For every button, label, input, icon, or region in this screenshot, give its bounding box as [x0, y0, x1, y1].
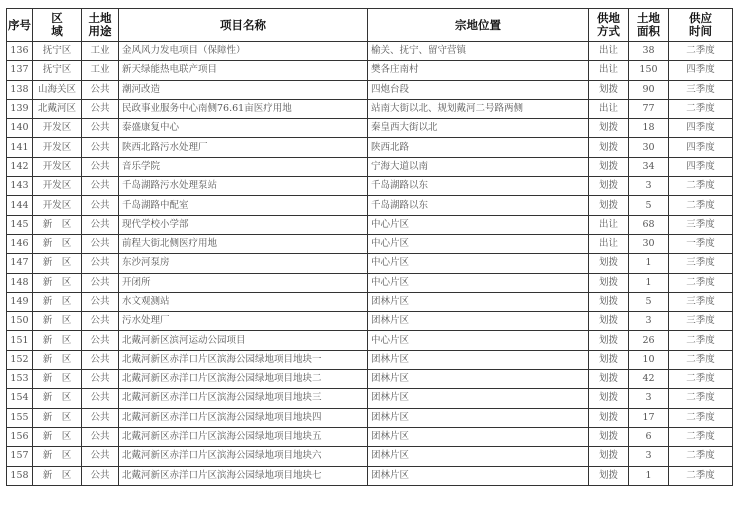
row-supply-method: 划拨: [589, 273, 629, 292]
row-supply-method: 划拨: [589, 312, 629, 331]
row-project-name: 北戴河新区赤洋口片区滨海公园绿地项目地块六: [119, 447, 368, 466]
row-seq: 155: [7, 408, 33, 427]
row-district: 抚宁区: [33, 61, 82, 80]
row-supply-method: 划拨: [589, 408, 629, 427]
row-land-use: 公共: [82, 370, 119, 389]
table-row: 149新 区公共水文观测站团林片区划拨5三季度: [7, 292, 733, 311]
row-supply-method: 出让: [589, 61, 629, 80]
row-supply-time: 三季度: [669, 254, 733, 273]
row-seq: 137: [7, 61, 33, 80]
row-district: 新 区: [33, 273, 82, 292]
row-land-area: 42: [629, 370, 669, 389]
table-row: 156新 区公共北戴河新区赤洋口片区滨海公园绿地项目地块五团林片区划拨6二季度: [7, 427, 733, 446]
row-location: 中心片区: [368, 234, 589, 253]
row-supply-time: 二季度: [669, 466, 733, 485]
row-land-area: 38: [629, 42, 669, 61]
row-supply-method: 出让: [589, 234, 629, 253]
row-seq: 152: [7, 350, 33, 369]
row-land-area: 68: [629, 215, 669, 234]
row-seq: 157: [7, 447, 33, 466]
row-supply-time: 二季度: [669, 408, 733, 427]
row-project-name: 北戴河新区赤洋口片区滨海公园绿地项目地块三: [119, 389, 368, 408]
row-supply-time: 二季度: [669, 196, 733, 215]
row-land-use: 公共: [82, 177, 119, 196]
row-seq: 146: [7, 234, 33, 253]
row-land-use: 公共: [82, 119, 119, 138]
row-project-name: 潮河改造: [119, 80, 368, 99]
row-land-use: 公共: [82, 254, 119, 273]
row-location: 千岛湖路以东: [368, 177, 589, 196]
row-project-name: 民政事业服务中心南侧76.61亩医疗用地: [119, 99, 368, 118]
row-seq: 142: [7, 157, 33, 176]
row-seq: 144: [7, 196, 33, 215]
row-land-area: 90: [629, 80, 669, 99]
row-location: 站南大街以北、规划戴河二号路两侧: [368, 99, 589, 118]
row-land-use: 公共: [82, 138, 119, 157]
table-row: 147新 区公共东沙河泵房中心片区划拨1三季度: [7, 254, 733, 273]
land-supply-table: 序号 区域 土地用途 项目名称 宗地位置 供地方式 土地面积 供应时间 136抚…: [6, 8, 733, 486]
header-project-name: 项目名称: [119, 9, 368, 42]
row-location: 团林片区: [368, 427, 589, 446]
row-supply-time: 三季度: [669, 312, 733, 331]
row-seq: 140: [7, 119, 33, 138]
row-seq: 138: [7, 80, 33, 99]
row-district: 开发区: [33, 196, 82, 215]
row-district: 新 区: [33, 389, 82, 408]
row-supply-time: 二季度: [669, 389, 733, 408]
row-district: 新 区: [33, 350, 82, 369]
row-seq: 153: [7, 370, 33, 389]
row-land-area: 6: [629, 427, 669, 446]
row-land-area: 1: [629, 254, 669, 273]
row-supply-method: 出让: [589, 215, 629, 234]
row-supply-method: 划拨: [589, 177, 629, 196]
row-project-name: 北戴河新区赤洋口片区滨海公园绿地项目地块二: [119, 370, 368, 389]
row-supply-time: 二季度: [669, 370, 733, 389]
row-supply-method: 划拨: [589, 331, 629, 350]
row-project-name: 北戴河新区滨河运动公园项目: [119, 331, 368, 350]
row-supply-method: 划拨: [589, 138, 629, 157]
row-project-name: 北戴河新区赤洋口片区滨海公园绿地项目地块一: [119, 350, 368, 369]
row-project-name: 污水处理厂: [119, 312, 368, 331]
row-land-area: 1: [629, 273, 669, 292]
table-row: 145新 区公共现代学校小学部中心片区出让68三季度: [7, 215, 733, 234]
row-district: 新 区: [33, 466, 82, 485]
row-supply-time: 四季度: [669, 157, 733, 176]
row-location: 榆关、抚宁、留守营镇: [368, 42, 589, 61]
row-location: 团林片区: [368, 466, 589, 485]
row-project-name: 北戴河新区赤洋口片区滨海公园绿地项目地块七: [119, 466, 368, 485]
row-land-area: 17: [629, 408, 669, 427]
row-district: 开发区: [33, 138, 82, 157]
row-district: 山海关区: [33, 80, 82, 99]
row-project-name: 新天绿能热电联产项目: [119, 61, 368, 80]
row-land-use: 公共: [82, 447, 119, 466]
row-location: 团林片区: [368, 389, 589, 408]
row-district: 抚宁区: [33, 42, 82, 61]
row-land-use: 工业: [82, 42, 119, 61]
row-land-use: 公共: [82, 389, 119, 408]
row-district: 北戴河区: [33, 99, 82, 118]
row-district: 新 区: [33, 312, 82, 331]
row-supply-time: 四季度: [669, 61, 733, 80]
header-supply-time: 供应时间: [669, 9, 733, 42]
row-seq: 151: [7, 331, 33, 350]
row-location: 团林片区: [368, 292, 589, 311]
row-land-area: 3: [629, 447, 669, 466]
row-land-area: 26: [629, 331, 669, 350]
table-row: 146新 区公共前程大街北侧医疗用地中心片区出让30一季度: [7, 234, 733, 253]
row-seq: 158: [7, 466, 33, 485]
row-location: 中心片区: [368, 254, 589, 273]
row-district: 开发区: [33, 157, 82, 176]
row-supply-time: 一季度: [669, 234, 733, 253]
row-land-use: 公共: [82, 427, 119, 446]
row-land-area: 5: [629, 196, 669, 215]
row-location: 团林片区: [368, 408, 589, 427]
row-supply-time: 二季度: [669, 99, 733, 118]
row-project-name: 千岛湖路中配室: [119, 196, 368, 215]
header-seq: 序号: [7, 9, 33, 42]
row-supply-method: 划拨: [589, 447, 629, 466]
table-row: 140开发区公共泰盛康复中心秦皇西大街以北划拨18四季度: [7, 119, 733, 138]
row-land-use: 公共: [82, 292, 119, 311]
row-district: 开发区: [33, 177, 82, 196]
table-row: 137抚宁区工业新天绿能热电联产项目樊各庄南村出让150四季度: [7, 61, 733, 80]
row-supply-method: 划拨: [589, 292, 629, 311]
row-location: 樊各庄南村: [368, 61, 589, 80]
row-district: 新 区: [33, 254, 82, 273]
row-location: 团林片区: [368, 312, 589, 331]
row-seq: 136: [7, 42, 33, 61]
row-supply-method: 划拨: [589, 80, 629, 99]
row-land-area: 10: [629, 350, 669, 369]
row-district: 新 区: [33, 234, 82, 253]
row-supply-method: 划拨: [589, 196, 629, 215]
row-project-name: 前程大街北侧医疗用地: [119, 234, 368, 253]
row-land-area: 77: [629, 99, 669, 118]
row-location: 四炮台段: [368, 80, 589, 99]
row-location: 千岛湖路以东: [368, 196, 589, 215]
table-row: 143开发区公共千岛湖路污水处理泵站千岛湖路以东划拨3二季度: [7, 177, 733, 196]
row-supply-time: 二季度: [669, 42, 733, 61]
row-supply-method: 划拨: [589, 157, 629, 176]
row-location: 团林片区: [368, 447, 589, 466]
table-row: 157新 区公共北戴河新区赤洋口片区滨海公园绿地项目地块六团林片区划拨3二季度: [7, 447, 733, 466]
header-land-area: 土地面积: [629, 9, 669, 42]
table-row: 139北戴河区公共民政事业服务中心南侧76.61亩医疗用地站南大街以北、规划戴河…: [7, 99, 733, 118]
row-land-area: 5: [629, 292, 669, 311]
row-project-name: 水文观测站: [119, 292, 368, 311]
row-seq: 139: [7, 99, 33, 118]
row-location: 秦皇西大街以北: [368, 119, 589, 138]
row-district: 新 区: [33, 370, 82, 389]
row-seq: 145: [7, 215, 33, 234]
table-row: 144开发区公共千岛湖路中配室千岛湖路以东划拨5二季度: [7, 196, 733, 215]
row-supply-method: 划拨: [589, 370, 629, 389]
row-seq: 141: [7, 138, 33, 157]
row-district: 新 区: [33, 215, 82, 234]
table-row: 150新 区公共污水处理厂团林片区划拨3三季度: [7, 312, 733, 331]
row-land-use: 公共: [82, 215, 119, 234]
header-supply-method: 供地方式: [589, 9, 629, 42]
row-land-use: 公共: [82, 80, 119, 99]
row-land-use: 公共: [82, 331, 119, 350]
table-row: 151新 区公共北戴河新区滨河运动公园项目中心片区划拨26二季度: [7, 331, 733, 350]
row-land-area: 30: [629, 234, 669, 253]
row-land-area: 3: [629, 312, 669, 331]
row-land-use: 工业: [82, 61, 119, 80]
row-project-name: 陕西北路污水处理厂: [119, 138, 368, 157]
header-land-use: 土地用途: [82, 9, 119, 42]
row-land-use: 公共: [82, 196, 119, 215]
row-land-area: 1: [629, 466, 669, 485]
row-land-use: 公共: [82, 466, 119, 485]
header-district: 区域: [33, 9, 82, 42]
row-project-name: 音乐学院: [119, 157, 368, 176]
table-row: 136抚宁区工业金风风力发电项目（保障性）榆关、抚宁、留守营镇出让38二季度: [7, 42, 733, 61]
row-project-name: 开闭所: [119, 273, 368, 292]
row-seq: 154: [7, 389, 33, 408]
row-project-name: 北戴河新区赤洋口片区滨海公园绿地项目地块五: [119, 427, 368, 446]
row-supply-time: 三季度: [669, 215, 733, 234]
row-project-name: 北戴河新区赤洋口片区滨海公园绿地项目地块四: [119, 408, 368, 427]
table-row: 142开发区公共音乐学院宁海大道以南划拨34四季度: [7, 157, 733, 176]
table-row: 138山海关区公共潮河改造四炮台段划拨90三季度: [7, 80, 733, 99]
row-land-use: 公共: [82, 350, 119, 369]
row-land-use: 公共: [82, 157, 119, 176]
row-supply-time: 三季度: [669, 80, 733, 99]
row-land-use: 公共: [82, 234, 119, 253]
row-project-name: 东沙河泵房: [119, 254, 368, 273]
row-land-area: 18: [629, 119, 669, 138]
row-land-area: 3: [629, 389, 669, 408]
row-land-area: 3: [629, 177, 669, 196]
table-row: 152新 区公共北戴河新区赤洋口片区滨海公园绿地项目地块一团林片区划拨10二季度: [7, 350, 733, 369]
row-district: 新 区: [33, 292, 82, 311]
row-district: 新 区: [33, 408, 82, 427]
row-district: 开发区: [33, 119, 82, 138]
row-location: 中心片区: [368, 215, 589, 234]
row-location: 团林片区: [368, 350, 589, 369]
row-seq: 147: [7, 254, 33, 273]
row-location: 中心片区: [368, 331, 589, 350]
row-project-name: 金风风力发电项目（保障性）: [119, 42, 368, 61]
row-project-name: 千岛湖路污水处理泵站: [119, 177, 368, 196]
row-supply-time: 三季度: [669, 292, 733, 311]
row-project-name: 现代学校小学部: [119, 215, 368, 234]
row-supply-method: 出让: [589, 42, 629, 61]
row-supply-method: 出让: [589, 99, 629, 118]
table-row: 158新 区公共北戴河新区赤洋口片区滨海公园绿地项目地块七团林片区划拨1二季度: [7, 466, 733, 485]
row-seq: 148: [7, 273, 33, 292]
table-row: 148新 区公共开闭所中心片区划拨1二季度: [7, 273, 733, 292]
row-supply-time: 四季度: [669, 119, 733, 138]
row-location: 团林片区: [368, 370, 589, 389]
row-supply-method: 划拨: [589, 119, 629, 138]
row-seq: 143: [7, 177, 33, 196]
row-supply-method: 划拨: [589, 466, 629, 485]
row-land-use: 公共: [82, 312, 119, 331]
row-seq: 150: [7, 312, 33, 331]
row-district: 新 区: [33, 331, 82, 350]
table-row: 155新 区公共北戴河新区赤洋口片区滨海公园绿地项目地块四团林片区划拨17二季度: [7, 408, 733, 427]
table-row: 141开发区公共陕西北路污水处理厂陕西北路划拨30四季度: [7, 138, 733, 157]
row-location: 中心片区: [368, 273, 589, 292]
row-location: 陕西北路: [368, 138, 589, 157]
row-supply-time: 二季度: [669, 427, 733, 446]
row-supply-time: 二季度: [669, 331, 733, 350]
row-land-area: 30: [629, 138, 669, 157]
row-land-use: 公共: [82, 273, 119, 292]
row-project-name: 泰盛康复中心: [119, 119, 368, 138]
header-location: 宗地位置: [368, 9, 589, 42]
row-supply-method: 划拨: [589, 350, 629, 369]
row-land-use: 公共: [82, 408, 119, 427]
table-row: 153新 区公共北戴河新区赤洋口片区滨海公园绿地项目地块二团林片区划拨42二季度: [7, 370, 733, 389]
row-supply-method: 划拨: [589, 254, 629, 273]
row-seq: 156: [7, 427, 33, 446]
row-supply-method: 划拨: [589, 427, 629, 446]
row-district: 新 区: [33, 427, 82, 446]
row-supply-time: 二季度: [669, 273, 733, 292]
row-supply-time: 二季度: [669, 177, 733, 196]
row-land-use: 公共: [82, 99, 119, 118]
table-row: 154新 区公共北戴河新区赤洋口片区滨海公园绿地项目地块三团林片区划拨3二季度: [7, 389, 733, 408]
header-row: 序号 区域 土地用途 项目名称 宗地位置 供地方式 土地面积 供应时间: [7, 9, 733, 42]
row-seq: 149: [7, 292, 33, 311]
row-location: 宁海大道以南: [368, 157, 589, 176]
row-district: 新 区: [33, 447, 82, 466]
row-land-area: 34: [629, 157, 669, 176]
row-supply-time: 二季度: [669, 447, 733, 466]
row-supply-time: 二季度: [669, 350, 733, 369]
row-supply-time: 四季度: [669, 138, 733, 157]
row-supply-method: 划拨: [589, 389, 629, 408]
row-land-area: 150: [629, 61, 669, 80]
